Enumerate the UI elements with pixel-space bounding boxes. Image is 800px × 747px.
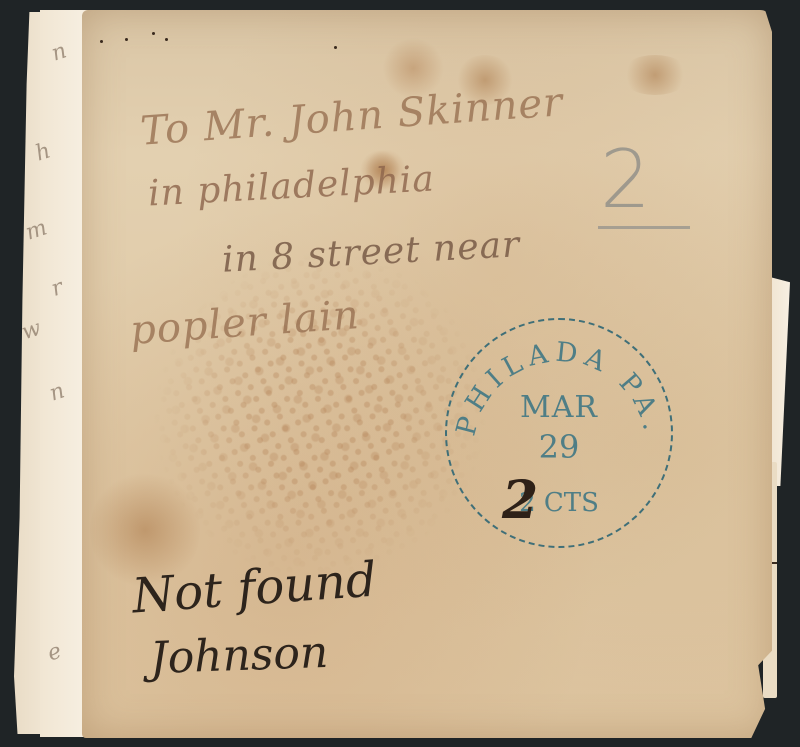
rate-underline [598, 226, 690, 229]
pencil-rate-mark: 2 [600, 140, 651, 220]
ink-dot [100, 40, 103, 43]
postmark-month: MAR [447, 390, 671, 425]
circular-datestamp: PHILADA PA. MAR 29 2 CTS [445, 318, 673, 548]
postmark-day: 29 [447, 428, 671, 466]
ink-dot [152, 32, 155, 35]
stain [620, 55, 690, 95]
ink-dot [334, 46, 337, 49]
ink-dot [125, 38, 128, 41]
manuscript-rate: 2 [502, 470, 538, 531]
cover-photo: n h m r w n e To Mr. John Skinner in phi… [0, 0, 800, 747]
postmark-rate: 2 CTS [447, 488, 671, 518]
ink-dot [165, 38, 168, 41]
annotation-signature: Johnson [149, 627, 329, 684]
